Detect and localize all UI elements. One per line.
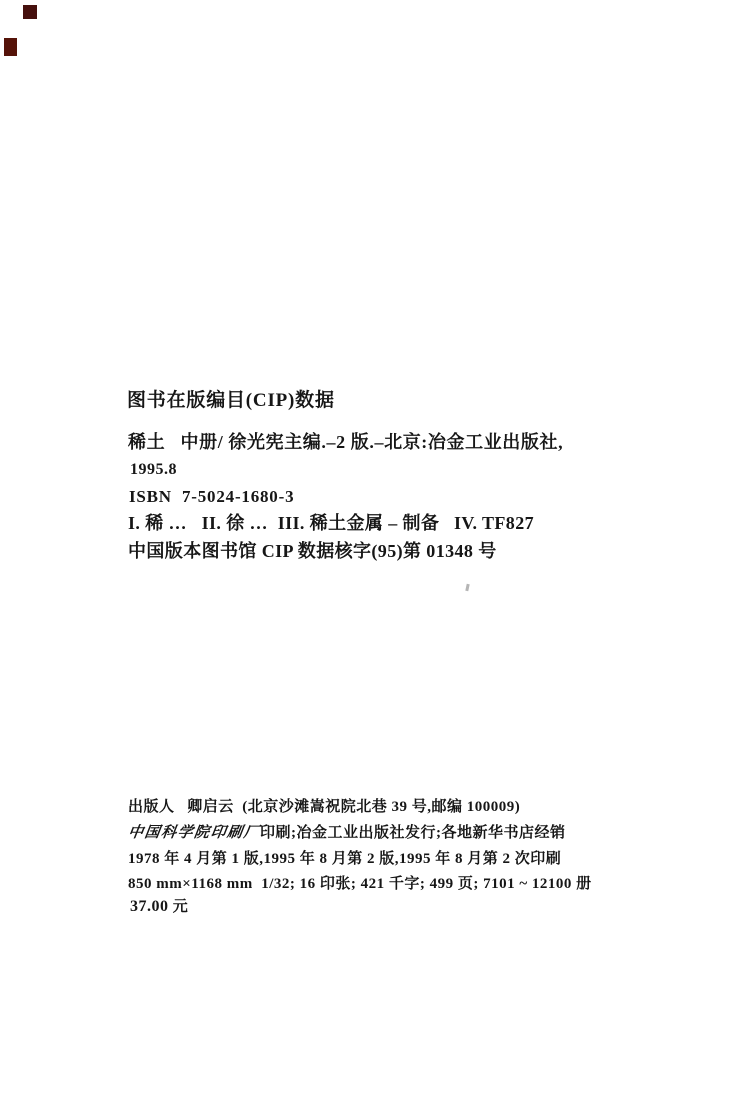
edition-line: 1978 年 4 月第 1 版,1995 年 8 月第 2 版,1995 年 8… [128, 851, 561, 868]
price-value: 37.00 [130, 898, 169, 915]
publisher-line: 出版人 卿启云 (北京沙滩嵩祝院北巷 39 号,邮编 100009) [128, 799, 520, 816]
cip-year-line: 1995.8 [130, 461, 177, 479]
book-copyright-page: 图书在版编目(CIP)数据 稀土 中册/ 徐光宪主编.–2 版.–北京:冶金工业… [0, 0, 737, 1104]
printing-line: 中国科学院印刷厂印刷;冶金工业出版社发行;各地新华书店经销 [128, 825, 566, 842]
cip-title-line: 稀土 中册/ 徐光宪主编.–2 版.–北京:冶金工业出版社, [128, 432, 563, 453]
cip-isbn-line: ISBN 7-5024-1680-3 [129, 487, 294, 507]
printer-logo: 中国科学院印刷厂 [127, 825, 261, 842]
scan-artifact-mark-1 [23, 5, 37, 19]
price-line: 37.00 元 [130, 898, 188, 916]
printing-line-text: 印刷;冶金工业出版社发行;各地新华书店经销 [260, 825, 566, 841]
format-line: 850 mm×1168 mm 1/32; 16 印张; 421 千字; 499 … [128, 876, 592, 893]
cip-classification-line: I. 稀 … II. 徐 … III. 稀土金属 – 制备 IV. TF827 [128, 513, 534, 534]
cip-heading: 图书在版编目(CIP)数据 [127, 390, 335, 412]
scan-artifact-mark-2 [4, 38, 17, 56]
price-unit: 元 [169, 899, 189, 915]
cip-registry-line: 中国版本图书馆 CIP 数据核字(95)第 01348 号 [128, 541, 497, 562]
scan-speck [465, 584, 469, 591]
